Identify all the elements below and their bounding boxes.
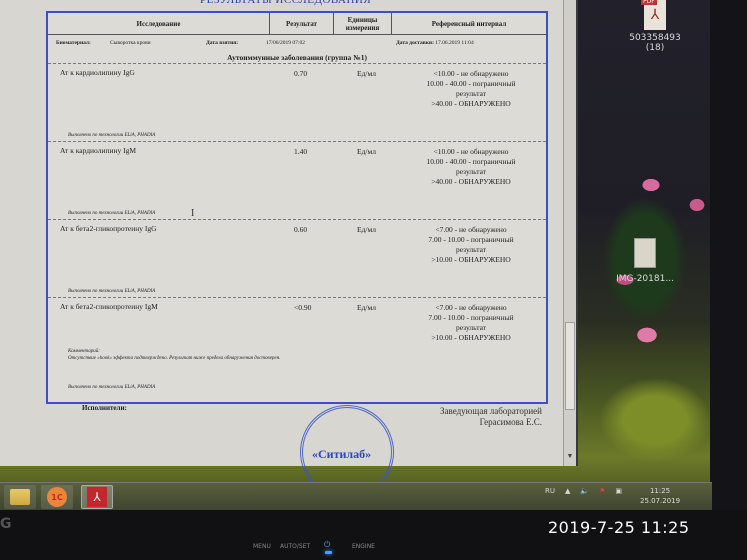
reference-line: результат [412, 323, 530, 333]
monitor-autoset-label: AUTO/SET [280, 543, 310, 550]
reference-line: 10.00 - 40.00 - пограничный [412, 79, 530, 89]
biomaterial-label: Биоматериал: [56, 40, 91, 46]
signature-block: Заведующая лабораторией Герасимова Е.С. [372, 406, 542, 428]
technology-note: Выполнено по технологии ELiA, PHADIA [68, 385, 155, 390]
photo-timestamp: 2019-7-25 11:25 [548, 518, 690, 537]
reference-line: <10.00 - не обнаружено [412, 147, 530, 157]
pdf-file-icon: PDF⅄ [644, 0, 666, 30]
1c-icon: 1C [47, 487, 67, 507]
taskbar-1c-button[interactable]: 1C [41, 485, 73, 509]
reference-line: <7.00 - не обнаружено [412, 225, 530, 235]
reference-interval: <10.00 - не обнаружено10.00 - 40.00 - по… [412, 147, 530, 187]
table-row: Ат к бета2-гликопротеину IgG0.60Ед/мл<7.… [48, 219, 546, 297]
reference-interval: <7.00 - не обнаружено7.00 - 10.00 - погр… [412, 303, 530, 343]
system-tray: RU ▲ 🔈 ⚑ ▣ [545, 487, 622, 495]
delivery-date-label: Дата доставки: [396, 40, 434, 46]
taskbar: 1C ⅄ RU ▲ 🔈 ⚑ ▣ 11:25 25.07.2019 [0, 482, 712, 510]
monitor-engine-label: ENGINE [352, 543, 375, 550]
desktop-icon-sublabel: (18) [646, 43, 664, 53]
reference-line: результат [412, 245, 530, 255]
table-row: Ат к бета2-гликопротеину IgM<0.90Ед/мл<7… [48, 297, 546, 393]
reference-line: 7.00 - 10.00 - пограничный [412, 235, 530, 245]
clock-date: 25.07.2019 [640, 496, 680, 506]
column-header-result: Результат [270, 13, 334, 34]
desktop-icon-label: IMG-20181... [616, 274, 674, 284]
collection-date-label: Дата взятия: [206, 40, 238, 46]
column-header-units: Единицы измерения [334, 13, 392, 34]
test-name: Ат к бета2-гликопротеину IgM [60, 302, 158, 311]
reference-interval: <10.00 - не обнаружено10.00 - 40.00 - по… [412, 69, 530, 109]
wallpaper-flowers [585, 140, 710, 490]
monitor-edge [710, 0, 747, 520]
volume-icon[interactable]: 🔈 [580, 487, 589, 495]
technology-note: Выполнено по технологии ELiA, PHADIA [68, 133, 155, 138]
test-unit: Ед/мл [357, 303, 376, 312]
vertical-scrollbar[interactable]: ▼ [563, 0, 576, 466]
desktop-icon-image[interactable]: IMG-20181... [610, 238, 680, 284]
sample-meta: Биоматериал: Сыворотка крови Дата взятия… [48, 35, 546, 57]
reference-line: результат [412, 89, 530, 99]
reference-interval: <7.00 - не обнаружено7.00 - 10.00 - погр… [412, 225, 530, 265]
acrobat-icon: ⅄ [87, 487, 107, 507]
comment-label: Комментарий: [68, 348, 280, 355]
reference-line: 10.00 - 40.00 - пограничный [412, 157, 530, 167]
test-result: 0.60 [294, 225, 307, 234]
test-result: 1.40 [294, 147, 307, 156]
table-row: Ат к кардиолипину IgM1.40Ед/мл<10.00 - н… [48, 141, 546, 219]
test-name: Ат к кардиолипину IgM [60, 146, 136, 155]
reference-line: >40.00 - ОБНАРУЖЕНО [412, 177, 530, 187]
power-led [325, 551, 332, 554]
image-file-icon [634, 238, 656, 268]
reference-line: <7.00 - не обнаружено [412, 303, 530, 313]
stamp-text: «Ситилаб» [312, 447, 371, 462]
test-name: Ат к бета2-гликопротеину IgG [60, 224, 157, 233]
text-cursor-icon: I [191, 208, 194, 219]
reference-line: результат [412, 167, 530, 177]
test-unit: Ед/мл [357, 69, 376, 78]
taskbar-explorer-button[interactable] [4, 485, 36, 509]
test-unit: Ед/мл [357, 225, 376, 234]
column-header-test: Исследование [48, 13, 270, 34]
biomaterial-value: Сыворотка крови [110, 40, 151, 46]
reference-line: <10.00 - не обнаружено [412, 69, 530, 79]
reference-line: >10.00 - ОБНАРУЖЕНО [412, 333, 530, 343]
scroll-down-arrow-icon[interactable]: ▼ [565, 452, 575, 462]
signature-name: Герасимова Е.С. [372, 417, 542, 428]
test-result: <0.90 [294, 303, 311, 312]
comment-block: Комментарий:Отсутствие «hook» эффекта по… [68, 348, 280, 362]
technology-note: Выполнено по технологии ELiA, PHADIA [68, 211, 155, 216]
reference-line: 7.00 - 10.00 - пограничный [412, 313, 530, 323]
reference-line: >40.00 - ОБНАРУЖЕНО [412, 99, 530, 109]
network-icon[interactable]: ▣ [615, 487, 622, 495]
reference-line: >10.00 - ОБНАРУЖЕНО [412, 255, 530, 265]
collection-date-value: 17/06/2019 07:02 [266, 40, 305, 46]
results-table: Исследование Результат Единицы измерения… [46, 11, 548, 404]
power-icon: ⏻ [324, 540, 330, 550]
test-unit: Ед/мл [357, 147, 376, 156]
folder-icon [10, 489, 30, 505]
show-hidden-icons-icon[interactable]: ▲ [565, 487, 570, 495]
comment-text: Отсутствие «hook» эффекта подтверждено. … [68, 355, 280, 362]
table-header: Исследование Результат Единицы измерения… [48, 13, 546, 35]
monitor-menu-label: MENU [253, 543, 271, 550]
action-center-flag-icon[interactable]: ⚑ [599, 487, 605, 495]
delivery-date-value: 17.06.2019 11:04 [435, 40, 473, 46]
scrollbar-thumb[interactable] [565, 322, 575, 410]
table-row: Ат к кардиолипину IgG0.70Ед/мл<10.00 - н… [48, 63, 546, 141]
pdf-viewer-window: РЕЗУЛЬТАТЫ ИССЛЕДОВАНИЯ Исследование Рез… [0, 0, 578, 466]
monitor-brand-logo: G [0, 516, 12, 532]
desktop-icon-label: 503358493 [629, 33, 681, 43]
executors-label: Исполнители: [82, 404, 127, 412]
document-title: РЕЗУЛЬТАТЫ ИССЛЕДОВАНИЯ [200, 0, 371, 6]
test-name: Ат к кардиолипину IgG [60, 68, 135, 77]
signature-title: Заведующая лабораторией [372, 406, 542, 417]
taskbar-acrobat-button[interactable]: ⅄ [81, 485, 113, 509]
technology-note: Выполнено по технологии ELiA, PHADIA [68, 289, 155, 294]
language-indicator[interactable]: RU [545, 487, 555, 495]
column-header-reference: Референсный интервал [392, 13, 546, 34]
desktop-icon-pdf[interactable]: PDF⅄ 503358493 (18) [625, 0, 685, 53]
taskbar-clock[interactable]: 11:25 25.07.2019 [640, 486, 680, 506]
test-result: 0.70 [294, 69, 307, 78]
clock-time: 11:25 [640, 486, 680, 496]
